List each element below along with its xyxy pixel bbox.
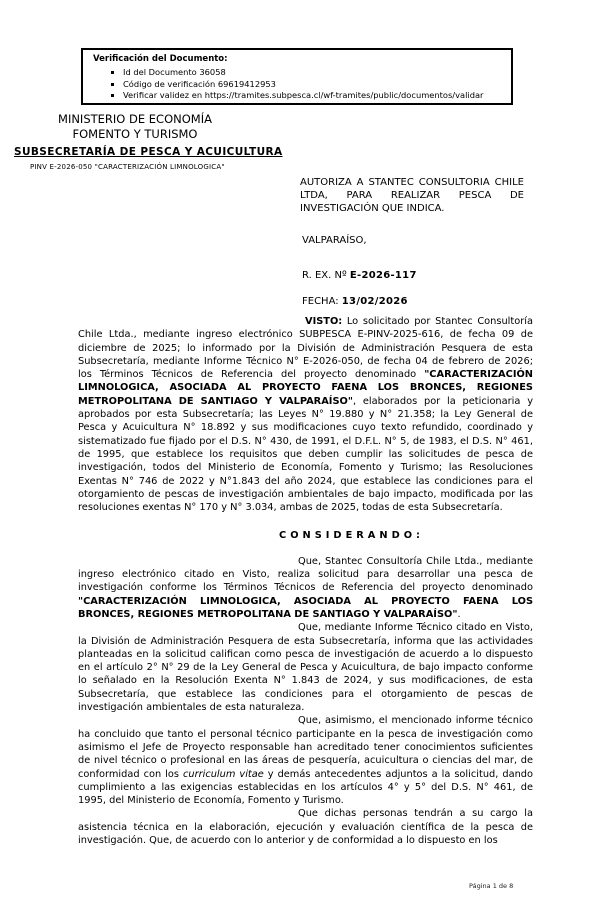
resolution-number: E-2026-117 bbox=[350, 270, 417, 281]
considerando-p1-text-1: Que, Stantec Consultoría Chile Ltda., me… bbox=[78, 556, 533, 594]
considerando-paragraph-4: Que dichas personas tendrán a su cargo l… bbox=[78, 807, 533, 847]
ministry-letterhead: MINISTERIO DE ECONOMÍA FOMENTO Y TURISMO bbox=[20, 112, 250, 142]
resolution-document-page: Verificación del Documento: Id del Docum… bbox=[0, 0, 600, 918]
verification-box: Verificación del Documento: Id del Docum… bbox=[81, 48, 513, 105]
considerando-p1-project-title: "CARACTERIZACIÓN LIMNOLOGICA, ASOCIADA A… bbox=[78, 596, 533, 620]
resolution-number-line: R. EX. Nº E-2026-117 bbox=[302, 270, 417, 281]
page-number: Página 1 de 8 bbox=[469, 882, 513, 890]
considerando-heading: CONSIDERANDO: bbox=[170, 529, 533, 542]
city-line: VALPARAÍSO, bbox=[302, 235, 367, 246]
ministry-line1: MINISTERIO DE ECONOMÍA bbox=[20, 112, 250, 127]
date-label: FECHA: bbox=[302, 296, 342, 307]
verification-title: Verificación del Documento: bbox=[93, 54, 503, 65]
considerando-paragraph-3: Que, asimismo, el mencionado informe téc… bbox=[78, 714, 533, 807]
verification-list: Id del Documento 36058 Código de verific… bbox=[123, 67, 503, 102]
date-line: FECHA: 13/02/2026 bbox=[302, 296, 408, 307]
visto-label: VISTO: bbox=[305, 316, 342, 327]
visto-text-2: , elaborados por la peticionaria y aprob… bbox=[78, 396, 533, 513]
document-body: VISTO: Lo solicitado por Stantec Consult… bbox=[78, 315, 533, 847]
verification-item-document-id: Id del Documento 36058 bbox=[123, 67, 503, 79]
verification-item-url: Verificar validez en https://tramites.su… bbox=[123, 90, 503, 102]
ministry-line2: FOMENTO Y TURISMO bbox=[20, 127, 250, 142]
resolution-subject: AUTORIZA A STANTEC CONSULTORIA CHILE LTD… bbox=[300, 176, 524, 215]
considerando-p1-text-2: . bbox=[457, 609, 460, 620]
considerando-p3-italic: curriculum vitae bbox=[183, 769, 264, 780]
subsecretaria-title: SUBSECRETARÍA DE PESCA Y ACUICULTURA bbox=[14, 146, 283, 158]
considerando-paragraph-2: Que, mediante Informe Técnico citado en … bbox=[78, 621, 533, 714]
visto-paragraph: VISTO: Lo solicitado por Stantec Consult… bbox=[78, 315, 533, 514]
resolution-prefix: R. EX. Nº bbox=[302, 270, 350, 281]
project-reference: PINV E-2026-050 "CARACTERIZACIÓN LIMNOLO… bbox=[30, 163, 225, 171]
date-value: 13/02/2026 bbox=[342, 296, 408, 307]
verification-item-code: Código de verificación 69619412953 bbox=[123, 79, 503, 91]
considerando-paragraph-1: Que, Stantec Consultoría Chile Ltda., me… bbox=[78, 555, 533, 621]
